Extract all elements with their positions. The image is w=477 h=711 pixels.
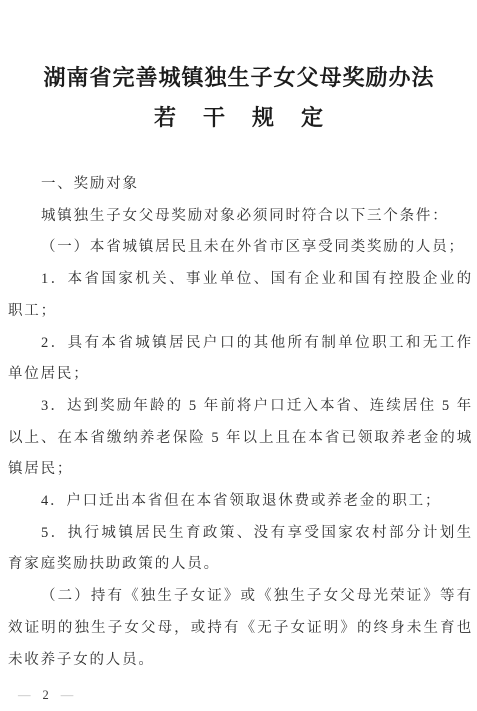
paragraph-section-heading: 一、奖励对象	[8, 169, 473, 201]
document-title-line1: 湖南省完善城镇独生子女父母奖励办法	[0, 63, 477, 93]
body-line: （二）持有《独生子女证》或《独生子女父母光荣证》等有	[8, 581, 473, 613]
paragraph-condition-2: （二）持有《独生子女证》或《独生子女父母光荣证》等有 效证明的独生子女父母，或持…	[8, 581, 473, 676]
body-line: 镇居民；	[8, 454, 473, 486]
paragraph-item-1: 1．本省国家机关、事业单位、国有企业和国有控股企业的 职工；	[8, 264, 473, 327]
page-footer: — 2 —	[18, 688, 73, 703]
paragraph-item-3: 3．达到奖励年龄的 5 年前将户口迁入本省、连续居住 5 年 以上、在本省缴纳养…	[8, 391, 473, 486]
body-line: 育家庭奖励扶助政策的人员。	[8, 549, 473, 581]
paragraph-item-4: 4．户口迁出本省但在本省领取退休费或养老金的职工；	[8, 486, 473, 518]
body-line: 5．执行城镇居民生育政策、没有享受国家农村部分计划生	[8, 518, 473, 550]
body-line: 4．户口迁出本省但在本省领取退休费或养老金的职工；	[8, 486, 473, 518]
body-line: 以上、在本省缴纳养老保险 5 年以上且在本省已领取养老金的城	[8, 423, 473, 455]
body-line: 单位居民；	[8, 359, 473, 391]
paragraph-condition-1: （一）本省城镇居民且未在外省市区享受同类奖励的人员；	[8, 232, 473, 264]
body-line: 2．具有本省城镇居民户口的其他所有制单位职工和无工作	[8, 328, 473, 360]
body-line: 3．达到奖励年龄的 5 年前将户口迁入本省、连续居住 5 年	[8, 391, 473, 423]
document-title-line2: 若干规定	[0, 103, 477, 133]
body-line: 城镇独生子女父母奖励对象必须同时符合以下三个条件：	[8, 201, 473, 233]
body-line: 职工；	[8, 296, 473, 328]
paragraph-item-2: 2．具有本省城镇居民户口的其他所有制单位职工和无工作 单位居民；	[8, 328, 473, 391]
document-page: 湖南省完善城镇独生子女父母奖励办法 若干规定 一、奖励对象 城镇独生子女父母奖励…	[0, 0, 477, 711]
paragraph-item-5: 5．执行城镇居民生育政策、没有享受国家农村部分计划生 育家庭奖励扶助政策的人员。	[8, 518, 473, 581]
paragraph-intro: 城镇独生子女父母奖励对象必须同时符合以下三个条件：	[8, 201, 473, 233]
body-line: 一、奖励对象	[8, 169, 473, 201]
body-line: 未收养子女的人员。	[8, 645, 473, 677]
body-line: 效证明的独生子女父母，或持有《无子女证明》的终身未生育也	[8, 613, 473, 645]
page-number: 2	[43, 688, 49, 703]
document-body: 一、奖励对象 城镇独生子女父母奖励对象必须同时符合以下三个条件： （一）本省城镇…	[8, 169, 473, 676]
footer-dash-right: —	[61, 688, 74, 703]
footer-dash-left: —	[18, 688, 31, 703]
body-line: 1．本省国家机关、事业单位、国有企业和国有控股企业的	[8, 264, 473, 296]
body-line: （一）本省城镇居民且未在外省市区享受同类奖励的人员；	[8, 232, 473, 264]
